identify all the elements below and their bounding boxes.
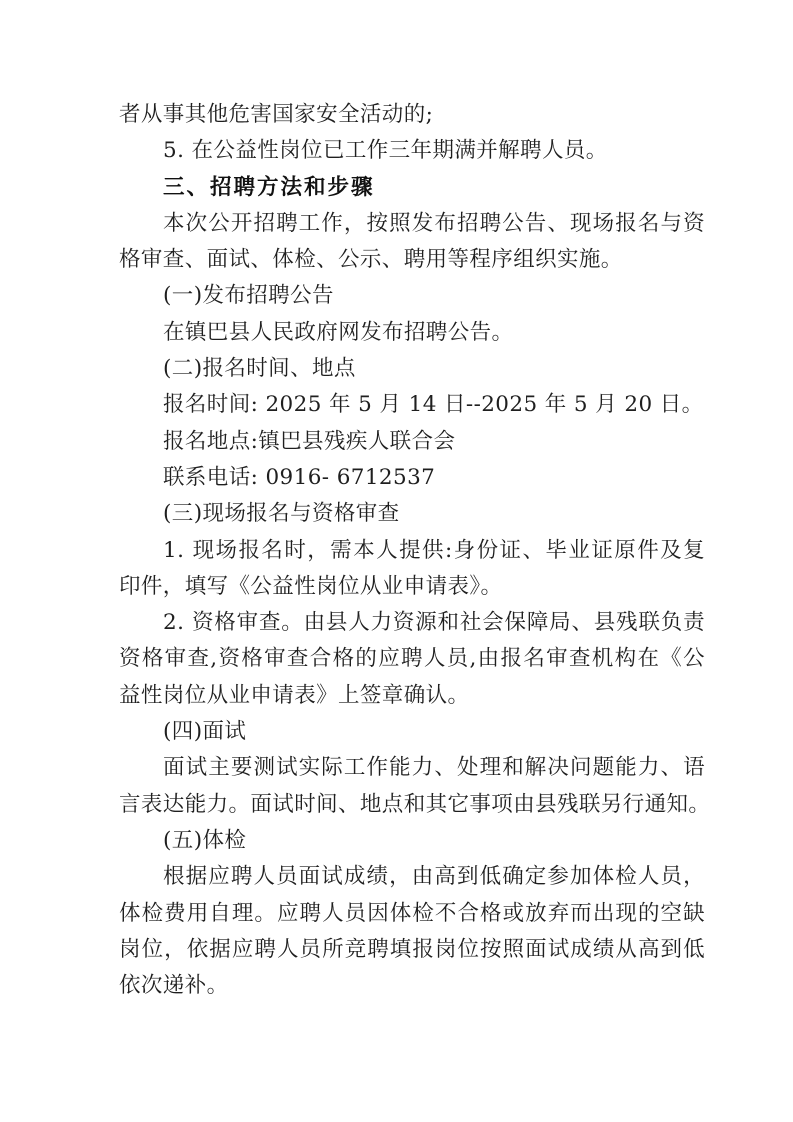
paragraph-line: 面试主要测试实际工作能力、处理和解决问题能力、语 bbox=[119, 750, 705, 786]
subsection-heading: (二)报名时间、地点 bbox=[119, 351, 705, 387]
paragraph-line: 益性岗位从业申请表》上签章确认。 bbox=[119, 678, 705, 714]
paragraph-line: 资格审查,资格审查合格的应聘人员,由报名审查机构在《公 bbox=[119, 641, 705, 677]
document-content: 者从事其他危害国家安全活动的; 5. 在公益性岗位已工作三年期满并解聘人员。 三… bbox=[119, 97, 705, 1004]
paragraph-line: 体检费用自理。应聘人员因体检不合格或放弃而出现的空缺 bbox=[119, 896, 705, 932]
document-page: 者从事其他危害国家安全活动的; 5. 在公益性岗位已工作三年期满并解聘人员。 三… bbox=[0, 0, 793, 1122]
paragraph-line: 言表达能力。面试时间、地点和其它事项由县残联另行通知。 bbox=[119, 787, 705, 823]
subsection-heading: (五)体检 bbox=[119, 823, 705, 859]
subsection-heading: (四)面试 bbox=[119, 714, 705, 750]
paragraph-line: 印件，填写《公益性岗位从业申请表》。 bbox=[119, 569, 705, 605]
paragraph-line: 依次递补。 bbox=[119, 968, 705, 1004]
paragraph-line: 本次公开招聘工作，按照发布招聘公告、现场报名与资 bbox=[119, 206, 705, 242]
paragraph-line: 1. 现场报名时，需本人提供:身份证、毕业证原件及复 bbox=[119, 533, 705, 569]
paragraph-line: 格审查、面试、体检、公示、聘用等程序组织实施。 bbox=[119, 242, 705, 278]
subsection-heading: (一)发布招聘公告 bbox=[119, 278, 705, 314]
section-heading: 三、招聘方法和步骤 bbox=[119, 170, 705, 206]
subsection-heading: (三)现场报名与资格审查 bbox=[119, 496, 705, 532]
paragraph-line: 2. 资格审查。由县人力资源和社会保障局、县残联负责 bbox=[119, 605, 705, 641]
paragraph-line: 岗位，依据应聘人员所竞聘填报岗位按照面试成绩从高到低 bbox=[119, 932, 705, 968]
paragraph-line: 在镇巴县人民政府网发布招聘公告。 bbox=[119, 315, 705, 351]
registration-time-line: 报名时间: 2025 年 5 月 14 日--2025 年 5 月 20 日。 bbox=[119, 387, 705, 423]
paragraph-line: 根据应聘人员面试成绩，由高到低确定参加体检人员， bbox=[119, 859, 705, 895]
registration-place-line: 报名地点:镇巴县残疾人联合会 bbox=[119, 424, 705, 460]
contact-phone-line: 联系电话: 0916- 6712537 bbox=[119, 460, 705, 496]
list-item-line: 5. 在公益性岗位已工作三年期满并解聘人员。 bbox=[119, 133, 705, 169]
paragraph-continuation-line: 者从事其他危害国家安全活动的; bbox=[119, 97, 705, 133]
